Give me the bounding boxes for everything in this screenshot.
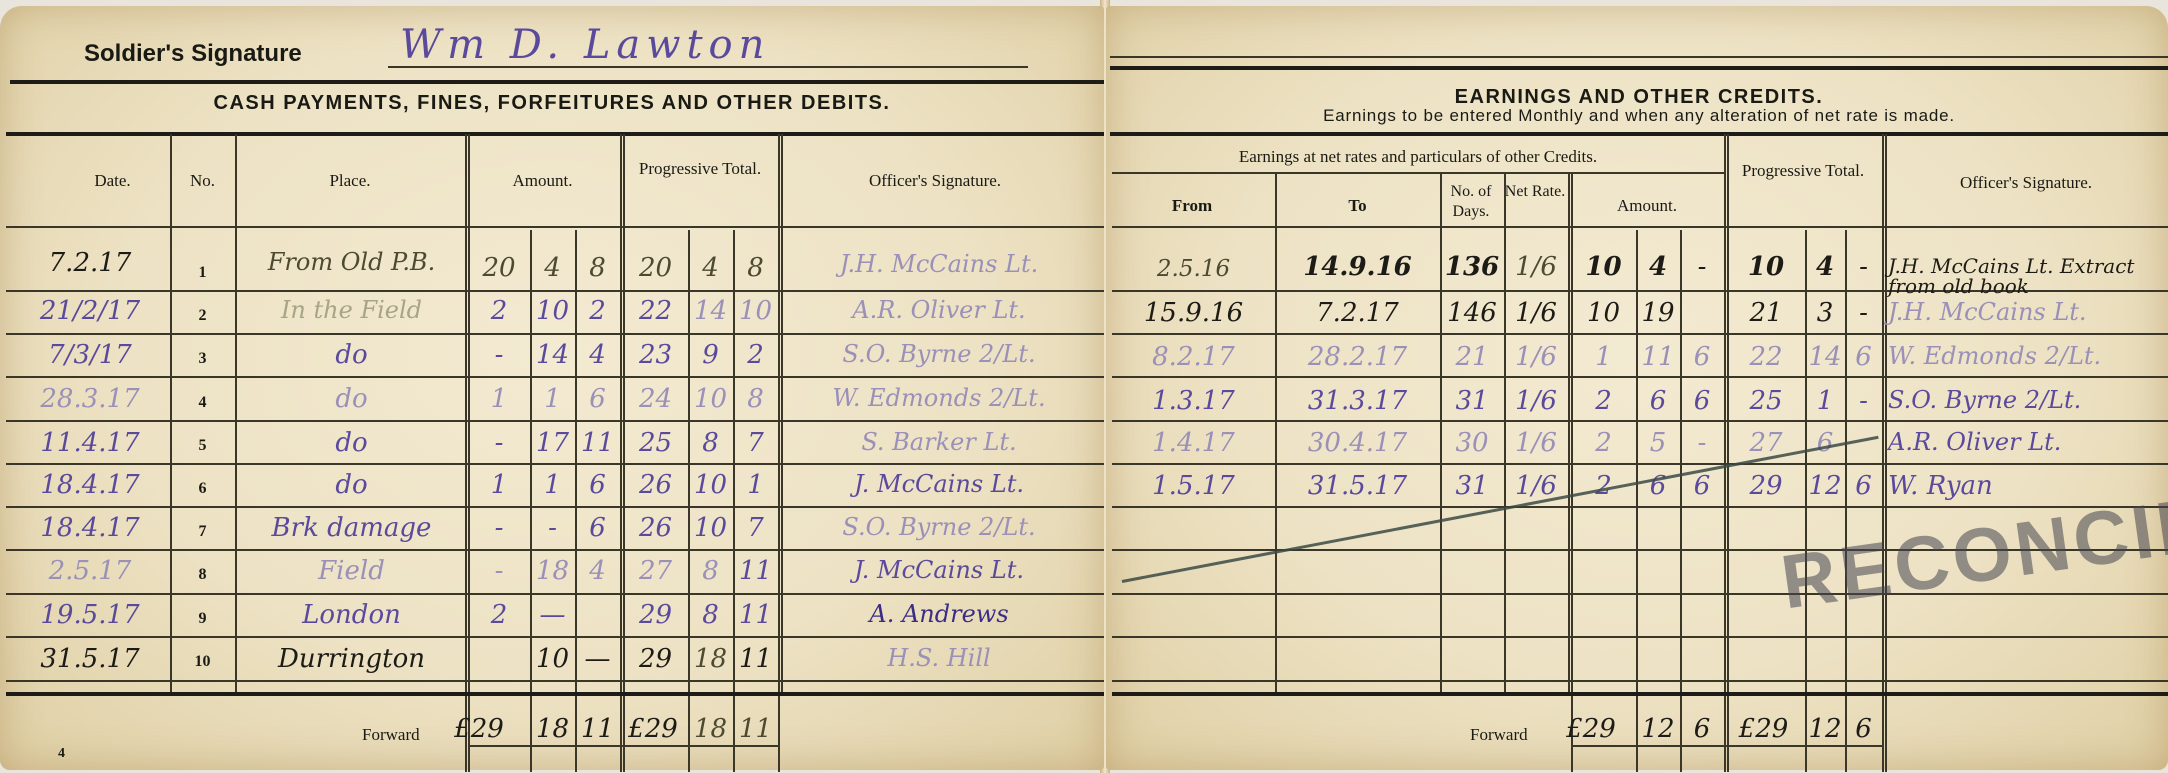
- amount-pence: 6: [1680, 344, 1724, 370]
- amount-pence: -: [1680, 254, 1724, 280]
- officer-signature: S.O. Byrne 2/Lt.: [1888, 388, 2168, 412]
- date-cell: 7.2.17: [10, 250, 170, 276]
- total-pence: -: [1845, 388, 1882, 414]
- header-divider: [1112, 226, 2168, 228]
- total-pounds: 22: [1727, 344, 1805, 370]
- row-number: 10: [170, 653, 235, 671]
- forward-amount-pence: 11: [575, 716, 620, 742]
- place-cell: do: [238, 386, 465, 412]
- column-header-progressive-total: Progressive Total.: [625, 158, 775, 179]
- amount-shillings: 6: [1636, 388, 1680, 414]
- gridline: [781, 134, 783, 694]
- row-rule: [1112, 680, 2168, 682]
- column-header-officer-signature: Officer's Signature.: [780, 170, 1090, 191]
- totals-divider: [1112, 692, 2168, 696]
- total-pounds: 20: [623, 255, 688, 281]
- amount-pounds: -: [468, 515, 530, 541]
- amount-shillings: —: [530, 602, 575, 628]
- place-cell: do: [238, 342, 465, 368]
- date-cell: 18.4.17: [10, 472, 170, 498]
- gridline: [1882, 134, 1884, 772]
- total-shillings: 9: [688, 342, 733, 368]
- gridline: [620, 134, 622, 772]
- to-cell: 14.9.16: [1275, 254, 1440, 280]
- signature-line: [388, 66, 1028, 68]
- column-header-progressive-total: Progressive Total.: [1728, 160, 1878, 181]
- row-rule: [6, 680, 1104, 682]
- officer-signature: W. Edmonds 2/Lt.: [784, 386, 1094, 410]
- date-cell: 7/3/17: [10, 342, 170, 368]
- officer-signature: A.R. Oliver Lt.: [784, 298, 1094, 322]
- amount-pence: 6: [575, 386, 620, 412]
- forward-amount-pence: 6: [1680, 716, 1724, 742]
- amount-pounds: 1: [1571, 344, 1636, 370]
- total-shillings: 8: [688, 430, 733, 456]
- amount-pounds: -: [468, 558, 530, 584]
- amount-pounds: 1: [468, 472, 530, 498]
- column-header-place: Place.: [235, 170, 465, 191]
- days-cell: 30: [1440, 430, 1504, 456]
- date-cell: 31.5.17: [10, 646, 170, 672]
- group-header-divider: [1112, 172, 1724, 174]
- officer-signature: J.H. McCains Lt. Extract from old book: [1888, 256, 2168, 296]
- total-pence: 11: [733, 602, 778, 628]
- place-cell: Durrington: [238, 646, 465, 672]
- rate-cell: 1/6: [1504, 254, 1568, 280]
- row-rule: [1112, 420, 2168, 422]
- rate-cell: 1/6: [1504, 300, 1568, 326]
- days-cell: 136: [1440, 254, 1504, 280]
- row-number: 6: [170, 480, 235, 498]
- total-pounds: 26: [623, 472, 688, 498]
- row-rule: [1112, 376, 2168, 378]
- officer-signature: S. Barker Lt.: [784, 430, 1094, 454]
- amount-pounds: 2: [468, 602, 530, 628]
- officer-signature: S.O. Byrne 2/Lt.: [784, 515, 1094, 539]
- total-shillings: 10: [688, 386, 733, 412]
- total-pence: 7: [733, 515, 778, 541]
- rate-cell: 1/6: [1504, 388, 1568, 414]
- total-pence: 7: [733, 430, 778, 456]
- total-pounds: 23: [623, 342, 688, 368]
- total-shillings: 8: [688, 602, 733, 628]
- from-cell: 1.5.17: [1112, 473, 1275, 499]
- totals-divider: [6, 692, 1104, 696]
- officer-signature: A. Andrews: [784, 602, 1094, 626]
- amount-pence: 4: [575, 558, 620, 584]
- amount-shillings: 19: [1636, 300, 1680, 326]
- total-shillings: 1: [1805, 388, 1845, 414]
- total-pounds: 21: [1727, 300, 1805, 326]
- row-number: 4: [170, 394, 235, 412]
- amount-pounds: -: [468, 342, 530, 368]
- forward-total-pounds: £29: [1722, 716, 1805, 742]
- place-cell: In the Field: [238, 298, 465, 322]
- officer-signature: J.H. McCains Lt.: [784, 252, 1094, 276]
- amount-shillings: 4: [1636, 254, 1680, 280]
- date-cell: 28.3.17: [10, 386, 170, 412]
- forward-total-shillings: 12: [1805, 716, 1845, 742]
- amount-shillings: 11: [1636, 344, 1680, 370]
- from-cell: 2.5.16: [1112, 258, 1275, 281]
- column-header-from: From: [1112, 195, 1272, 216]
- amount-pence: 6: [1680, 473, 1724, 499]
- amount-pounds: 10: [1571, 300, 1636, 326]
- row-number: 5: [170, 437, 235, 455]
- total-pence: 2: [733, 342, 778, 368]
- officer-signature: S.O. Byrne 2/Lt.: [784, 342, 1094, 366]
- from-cell: 8.2.17: [1112, 344, 1275, 370]
- forward-amount-shillings: 12: [1636, 716, 1680, 742]
- to-cell: 28.2.17: [1275, 344, 1440, 370]
- total-pence: 8: [733, 255, 778, 281]
- amount-shillings: 1: [530, 386, 575, 412]
- total-pence: -: [1845, 300, 1882, 326]
- amount-pounds: 2: [468, 298, 530, 324]
- earnings-group-header: Earnings at net rates and particulars of…: [1112, 146, 1724, 167]
- total-pounds: 29: [1727, 473, 1805, 499]
- soldier-signature: Wm D. Lawton: [400, 22, 770, 68]
- debits-section-title: CASH PAYMENTS, FINES, FORFEITURES AND OT…: [0, 92, 1104, 115]
- total-shillings: 3: [1805, 300, 1845, 326]
- officer-signature: J.H. McCains Lt.: [1888, 300, 2168, 324]
- gridline: [1724, 134, 1726, 772]
- row-number: 3: [170, 350, 235, 368]
- amount-pence: 6: [575, 472, 620, 498]
- place-cell: Brk damage: [238, 515, 465, 541]
- rate-cell: 1/6: [1504, 344, 1568, 370]
- total-shillings: 4: [1805, 254, 1845, 280]
- total-pence: 6: [1845, 344, 1882, 370]
- row-rule: [1112, 333, 2168, 335]
- forward-total-pounds: £29: [618, 716, 688, 742]
- amount-shillings: 10: [530, 646, 575, 672]
- row-number: 8: [170, 566, 235, 584]
- total-shillings: 8: [688, 558, 733, 584]
- amount-pounds: 10: [1571, 254, 1636, 280]
- officer-signature: H.S. Hill: [784, 646, 1094, 670]
- forward-amount-pounds: £29: [1546, 716, 1636, 742]
- rate-cell: 1/6: [1504, 430, 1568, 456]
- from-cell: 1.3.17: [1112, 388, 1275, 414]
- total-shillings: 4: [688, 255, 733, 281]
- total-pounds: 10: [1727, 254, 1805, 280]
- amount-shillings: 10: [530, 298, 575, 324]
- total-pence: 1: [733, 472, 778, 498]
- total-pounds: 22: [623, 298, 688, 324]
- total-pounds: 24: [623, 386, 688, 412]
- column-header-days: No. of Days.: [1440, 182, 1502, 222]
- gridline: [465, 134, 467, 772]
- forward-total-shillings: 18: [688, 716, 733, 742]
- to-cell: 30.4.17: [1275, 430, 1440, 456]
- amount-pence: 11: [575, 430, 620, 456]
- row-rule: [6, 376, 1104, 378]
- total-shillings: 12: [1805, 473, 1845, 499]
- amount-pence: 6: [575, 515, 620, 541]
- amount-pounds: 2: [1571, 388, 1636, 414]
- days-cell: 21: [1440, 344, 1504, 370]
- total-pounds: 25: [623, 430, 688, 456]
- forward-total-pence: 6: [1845, 716, 1882, 742]
- total-pence: 8: [733, 386, 778, 412]
- amount-pounds: 20: [468, 255, 530, 281]
- gridline: [1680, 230, 1682, 772]
- forward-amount-pounds: £29: [428, 716, 530, 742]
- to-cell: 31.5.17: [1275, 473, 1440, 499]
- forward-underline: [468, 745, 778, 747]
- forward-amount-shillings: 18: [530, 716, 575, 742]
- total-pence: 10: [733, 298, 778, 324]
- from-cell: 1.4.17: [1112, 430, 1275, 456]
- amount-pence: 2: [575, 298, 620, 324]
- place-cell: do: [238, 472, 465, 498]
- column-header-rate: Net Rate.: [1504, 182, 1566, 202]
- days-cell: 31: [1440, 473, 1504, 499]
- row-rule: [6, 420, 1104, 422]
- row-rule: [6, 636, 1104, 638]
- total-pence: 11: [733, 646, 778, 672]
- amount-shillings: 4: [530, 255, 575, 281]
- to-cell: 31.3.17: [1275, 388, 1440, 414]
- row-rule: [6, 463, 1104, 465]
- officer-signature: A.R. Oliver Lt.: [1888, 430, 2168, 454]
- total-shillings: 10: [688, 515, 733, 541]
- amount-shillings: 1: [530, 472, 575, 498]
- divider: [10, 80, 1104, 84]
- divider: [1110, 66, 2168, 70]
- divider: [1110, 132, 2168, 136]
- days-cell: 31: [1440, 388, 1504, 414]
- row-number: 2: [170, 307, 235, 325]
- gridline: [778, 134, 780, 772]
- date-cell: 11.4.17: [10, 430, 170, 456]
- total-shillings: 14: [688, 298, 733, 324]
- top-rule: [1110, 56, 2168, 58]
- date-cell: 18.4.17: [10, 515, 170, 541]
- officer-signature: J. McCains Lt.: [784, 558, 1094, 582]
- gridline: [1885, 134, 1887, 772]
- amount-pounds: 1: [468, 386, 530, 412]
- total-pence: -: [1845, 254, 1882, 280]
- amount-pounds: -: [468, 430, 530, 456]
- column-header-amount: Amount.: [1570, 195, 1724, 216]
- column-header-no: No.: [170, 170, 235, 191]
- total-pounds: 29: [623, 646, 688, 672]
- amount-shillings: 18: [530, 558, 575, 584]
- officer-signature: W. Edmonds 2/Lt.: [1888, 344, 2168, 368]
- forward-label: Forward: [1470, 725, 1528, 745]
- amount-pence: 8: [575, 255, 620, 281]
- soldier-signature-label: Soldier's Signature: [84, 40, 302, 68]
- column-header-officer-signature: Officer's Signature.: [1884, 172, 2168, 193]
- row-rule: [6, 290, 1104, 292]
- total-shillings: 10: [688, 472, 733, 498]
- total-shillings: 14: [1805, 344, 1845, 370]
- date-cell: 19.5.17: [10, 602, 170, 628]
- place-cell: London: [238, 602, 465, 628]
- from-cell: 15.9.16: [1112, 300, 1275, 326]
- forward-total-pence: 11: [733, 716, 778, 742]
- row-rule: [6, 549, 1104, 551]
- row-number: 1: [170, 264, 235, 282]
- forward-label: Forward: [362, 725, 420, 745]
- column-header-to: To: [1275, 195, 1440, 216]
- place-cell: do: [238, 430, 465, 456]
- page-number: 4: [58, 746, 65, 762]
- to-cell: 7.2.17: [1275, 300, 1440, 326]
- amount-pence: -: [1680, 430, 1724, 456]
- total-pence: 6: [1845, 473, 1882, 499]
- officer-signature: J. McCains Lt.: [784, 472, 1094, 496]
- total-pounds: 27: [623, 558, 688, 584]
- total-pounds: 25: [1727, 388, 1805, 414]
- place-cell: Field: [238, 558, 465, 584]
- date-cell: 21/2/17: [10, 298, 170, 324]
- row-number: 7: [170, 523, 235, 541]
- total-pounds: 29: [623, 602, 688, 628]
- amount-pence: 6: [1680, 388, 1724, 414]
- amount-pence: 4: [575, 342, 620, 368]
- row-rule: [1112, 636, 2168, 638]
- rate-cell: 1/6: [1504, 473, 1568, 499]
- date-cell: 2.5.17: [10, 558, 170, 584]
- place-cell: From Old P.B.: [238, 250, 465, 274]
- amount-shillings: 17: [530, 430, 575, 456]
- row-rule: [1112, 463, 2168, 465]
- row-rule: [6, 333, 1104, 335]
- gridline: [235, 134, 237, 694]
- days-cell: 146: [1440, 300, 1504, 326]
- total-pounds: 26: [623, 515, 688, 541]
- amount-pounds: 2: [1571, 430, 1636, 456]
- total-pence: 11: [733, 558, 778, 584]
- amount-shillings: 5: [1636, 430, 1680, 456]
- row-number: 9: [170, 610, 235, 628]
- amount-shillings: -: [530, 515, 575, 541]
- row-rule: [6, 593, 1104, 595]
- total-shillings: 18: [688, 646, 733, 672]
- amount-shillings: 14: [530, 342, 575, 368]
- column-header-amount: Amount.: [465, 170, 620, 191]
- forward-underline: [1571, 745, 1882, 747]
- row-rule: [6, 506, 1104, 508]
- gridline: [1568, 172, 1570, 692]
- credits-section-subtitle: Earnings to be entered Monthly and when …: [1110, 106, 2168, 126]
- amount-pence: —: [575, 646, 620, 672]
- column-header-date: Date.: [55, 170, 170, 191]
